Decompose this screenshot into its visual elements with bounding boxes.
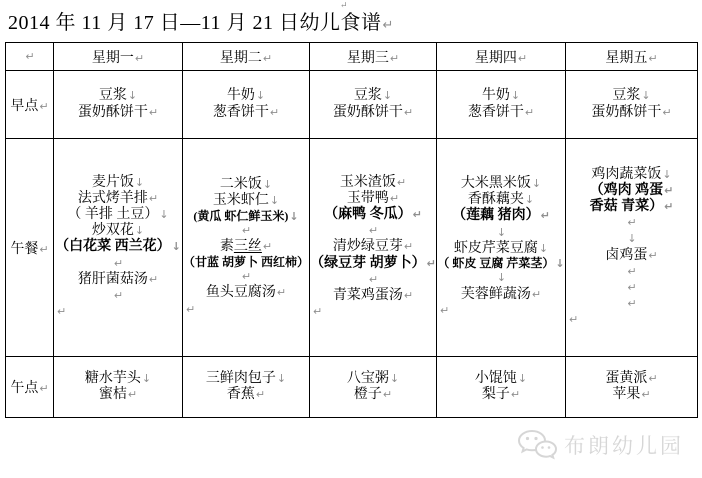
dish-line: 牛奶↓ [183, 88, 309, 104]
dish-line: 香菇 青菜）↵ [566, 199, 697, 215]
paragraph-mark: ↵ [39, 100, 48, 113]
dish-line: 糖水芋头↓ [54, 371, 182, 387]
dish-line: 蜜桔↵ [54, 387, 182, 403]
paragraph-mark: ↓ [128, 89, 137, 102]
paragraph-mark: ↓ [662, 168, 671, 181]
empty-line: ↵ [310, 272, 436, 288]
paragraph-mark: ↵ [525, 106, 534, 119]
cell-lunch-thu: 大米黑米饭↓香酥藕夹↓（莲藕 猪肉）↵↓虾皮芹菜豆腐↓（ 虾皮 豆腐 芹菜茎）↓… [437, 139, 566, 357]
paragraph-mark: ↵ [404, 289, 413, 302]
dish-line: 玉米渣饭↵ [310, 175, 436, 191]
empty-line: ↵ [437, 303, 565, 319]
cell-lines: 豆浆↓蛋奶酥饼干↵ [566, 88, 697, 120]
dish-line: 小馄饨↓ [437, 371, 565, 387]
paragraph-mark: ↵ [662, 106, 671, 119]
paragraph-mark: ↵ [39, 382, 48, 395]
paragraph-mark: ↓ [383, 89, 392, 102]
cell-lines: 玉米渣饭↵玉带鸭↵（麻鸭 冬瓜）↵↵清炒绿豆芽↵（绿豆芽 胡萝卜）↵↵青菜鸡蛋汤… [310, 175, 436, 320]
empty-line: ↵ [566, 280, 697, 296]
paragraph-mark: ↓ [555, 257, 564, 270]
dish-text: （绿豆芽 胡萝卜） [310, 256, 426, 271]
paragraph-mark: ↵ [569, 313, 578, 326]
paragraph-mark: ↵ [390, 192, 399, 205]
header-cell-mon: 星期一↵ [54, 43, 183, 71]
paragraph-mark: ↓ [390, 372, 399, 385]
dish-line: 卤鸡蛋↵ [566, 248, 697, 264]
dish-line: （ 虾皮 豆腐 芹菜茎）↓ [437, 257, 565, 271]
paragraph-mark: ↵ [277, 286, 286, 299]
header-cell-thu: 星期四↵ [437, 43, 566, 71]
dish-line: 玉米虾仁↓ [183, 193, 309, 209]
dish-text: 小馄饨 [475, 371, 517, 386]
cell-lines: 大米黑米饭↓香酥藕夹↓（莲藕 猪肉）↵↓虾皮芹菜豆腐↓（ 虾皮 豆腐 芹菜茎）↓… [437, 176, 565, 319]
paragraph-mark: ↓ [172, 240, 181, 253]
dish-text: 橙子 [354, 387, 382, 402]
dish-line: 三鲜肉包子↓ [183, 371, 309, 387]
dish-line: （鸡肉 鸡蛋↵ [566, 183, 697, 199]
dish-line: 牛奶↓ [437, 88, 565, 104]
cell-lines: 三鲜肉包子↓香蕉↵ [183, 371, 309, 403]
cell-lunch-tue: 二米饭↓玉米虾仁↓(黄瓜 虾仁鲜玉米)↓↵素三丝↵（甘蓝 胡萝卜 西红柿）↵鱼头… [183, 139, 310, 357]
paragraph-mark: ↓ [539, 242, 548, 255]
empty-line: ↵ [566, 312, 697, 328]
row-label-lunch: 午餐↵ [6, 139, 54, 357]
cell-lines: 小馄饨↓梨子↵ [437, 371, 565, 403]
empty-line: ↵ [566, 264, 697, 280]
cell-lines: 糖水芋头↓蜜桔↵ [54, 371, 182, 403]
paragraph-mark: ↓ [511, 89, 520, 102]
dish-line: 大米黑米饭↓ [437, 176, 565, 192]
dish-text: 麦片饭 [92, 175, 134, 190]
page-title-text: 2014 年 11 月 17 日—11 月 21 日幼儿食谱 [8, 12, 382, 34]
paragraph-mark: ↵ [186, 303, 195, 316]
dish-text: 玉米渣饭 [340, 175, 396, 190]
empty-line: ↓ [437, 270, 565, 286]
paragraph-mark: ↵ [427, 257, 436, 270]
cell-snack-tue: 三鲜肉包子↓香蕉↵ [183, 357, 310, 418]
paragraph-mark: ↵ [242, 270, 251, 283]
dish-text: 八宝粥 [347, 371, 389, 386]
cell-lines: 二米饭↓玉米虾仁↓(黄瓜 虾仁鲜玉米)↓↵素三丝↵（甘蓝 胡萝卜 西红柿）↵鱼头… [183, 177, 309, 317]
paragraph-mark: ↓ [135, 224, 144, 237]
dish-line: 八宝粥↓ [310, 371, 436, 387]
dish-text: 二米饭 [220, 177, 262, 192]
empty-line: ↓ [437, 225, 565, 241]
dish-line: 葱香饼干↵ [437, 105, 565, 121]
paragraph-mark: ↵ [242, 224, 251, 237]
dish-text: 蛋黄派 [605, 371, 647, 386]
paragraph-mark: ↵ [664, 184, 673, 197]
dish-text: 蛋奶酥饼干 [78, 105, 148, 120]
empty-line: ↵ [183, 223, 309, 239]
dish-text: 牛奶 [482, 88, 510, 103]
dish-text: （甘蓝 胡萝卜 西红柿） [183, 255, 309, 269]
paragraph-mark: ↵ [532, 288, 541, 301]
paragraph-mark: ↵ [256, 388, 265, 401]
dish-line: 蛋奶酥饼干↵ [54, 105, 182, 121]
dish-line: （甘蓝 胡萝卜 西红柿） [183, 256, 309, 270]
dish-text: 蛋奶酥饼干 [333, 105, 403, 120]
dish-text: （ 羊排 土豆） [67, 207, 158, 222]
cell-breakfast-fri: 豆浆↓蛋奶酥饼干↵ [566, 71, 698, 139]
dish-line: 蛋奶酥饼干↵ [310, 105, 436, 121]
dish-line: (黄瓜 虾仁鲜玉米)↓ [183, 210, 309, 224]
cell-snack-mon: 糖水芋头↓蜜桔↵ [54, 357, 183, 418]
dish-line: （绿豆芽 胡萝卜）↵ [310, 256, 436, 272]
dish-text: 鸡肉蔬菜饭 [591, 167, 661, 182]
watermark: 布朗幼儿园 [516, 429, 684, 461]
paragraph-mark: ↵ [627, 281, 636, 294]
dish-line: （莲藕 猪肉）↵ [437, 208, 565, 224]
paragraph-mark: ↵ [128, 388, 137, 401]
dish-text: (黄瓜 虾仁鲜玉米) [193, 209, 288, 223]
paragraph-mark: ↵ [664, 200, 673, 213]
empty-line: ↵ [310, 223, 436, 239]
dish-text: （白花菜 西兰花） [55, 239, 171, 254]
paragraph-mark: ↓ [497, 271, 506, 284]
dish-text: 葱香饼干 [468, 105, 524, 120]
menu-table: ↵星期一↵星期二↵星期三↵星期四↵星期五↵ 早点↵豆浆↓蛋奶酥饼干↵牛奶↓葱香饼… [5, 42, 698, 418]
cell-lines: 蛋黄派↵苹果↵ [566, 371, 697, 403]
dish-text: 素 [220, 239, 234, 254]
paragraph-mark: ↵ [648, 372, 657, 385]
dish-line: 蛋黄派↵ [566, 371, 697, 387]
empty-line: ↵ [183, 302, 309, 318]
day-label: 星期二 [220, 51, 262, 66]
paragraph-mark: ↓ [627, 232, 636, 245]
paragraph-mark: ↓ [497, 226, 506, 239]
paragraph-mark: ↓ [135, 176, 144, 189]
dish-text: （鸡肉 鸡蛋 [590, 183, 664, 198]
dish-text: 法式烤羊排 [78, 191, 148, 206]
wechat-icon [516, 429, 558, 461]
row-label-text: 午餐 [10, 242, 38, 257]
paragraph-mark: ↵ [627, 265, 636, 278]
dish-text: 炒双花 [92, 223, 134, 238]
paragraph-mark: ↵ [397, 176, 406, 189]
corner-cell: ↵ [6, 43, 54, 71]
dish-text: 豆浆 [354, 88, 382, 103]
dish-text: 香蕉 [227, 387, 255, 402]
paragraph-mark: ↵ [57, 305, 66, 318]
row-breakfast: 早点↵豆浆↓蛋奶酥饼干↵牛奶↓葱香饼干↵豆浆↓蛋奶酥饼干↵牛奶↓葱香饼干↵豆浆↓… [6, 71, 698, 139]
dish-text: 青菜鸡蛋汤 [333, 288, 403, 303]
paragraph-mark: ↵ [390, 52, 399, 65]
paragraph-mark: ↵ [383, 388, 392, 401]
header-row: ↵星期一↵星期二↵星期三↵星期四↵星期五↵ [6, 43, 698, 71]
dish-line: 豆浆↓ [566, 88, 697, 104]
paragraph-mark: ↵ [135, 52, 144, 65]
paragraph-mark: ↓ [518, 372, 527, 385]
cell-lines: 八宝粥↓橙子↵ [310, 371, 436, 403]
page-title: 2014 年 11 月 17 日—11 月 21 日幼儿食谱↵ [8, 6, 394, 35]
dish-line: 苹果↵ [566, 387, 697, 403]
empty-line: ↵ [54, 256, 182, 272]
dish-line: 豆浆↓ [310, 88, 436, 104]
dish-text: 玉米虾仁 [213, 193, 269, 208]
dish-text: （莲藕 猪肉） [452, 208, 540, 223]
empty-line: ↵ [310, 304, 436, 320]
day-label: 星期一 [92, 51, 134, 66]
dish-text: 芙蓉鲜蔬汤 [461, 287, 531, 302]
dish-text: 三丝 [234, 239, 262, 254]
dish-line: 炒双花↓ [54, 223, 182, 239]
row-label-breakfast: 早点↵ [6, 71, 54, 139]
paragraph-mark: ↓ [263, 178, 272, 191]
paragraph-mark: ↓ [270, 194, 279, 207]
empty-line: ↵ [54, 304, 182, 320]
paragraph-mark: ↵ [149, 192, 158, 205]
paragraph-mark: ↵ [114, 289, 123, 302]
dish-text: 卤鸡蛋 [605, 248, 647, 263]
dish-text: 大米黑米饭 [461, 176, 531, 191]
cell-breakfast-thu: 牛奶↓葱香饼干↵ [437, 71, 566, 139]
paragraph-mark: ↵ [440, 304, 449, 317]
paragraph-mark: ↓ [532, 177, 541, 190]
dish-line: 蛋奶酥饼干↵ [566, 105, 697, 121]
dish-text: 豆浆 [612, 88, 640, 103]
row-label-text: 午点 [10, 381, 38, 396]
paragraph-mark: ↵ [263, 240, 272, 253]
dish-text: 清炒绿豆芽 [333, 239, 403, 254]
dish-text: 鱼头豆腐汤 [206, 285, 276, 300]
day-label: 星期三 [347, 51, 389, 66]
dish-line: 葱香饼干↵ [183, 105, 309, 121]
cell-lines: 麦片饭↓法式烤羊排↵（ 羊排 土豆）↓炒双花↓（白花菜 西兰花）↓↵猪肝菌菇汤↵… [54, 175, 182, 320]
dish-text: 玉带鸭 [347, 191, 389, 206]
cell-breakfast-mon: 豆浆↓蛋奶酥饼干↵ [54, 71, 183, 139]
dish-line: 二米饭↓ [183, 177, 309, 193]
paragraph-mark: ↵ [25, 50, 34, 63]
header-cell-tue: 星期二↵ [183, 43, 310, 71]
dish-text: 蜜桔 [99, 387, 127, 402]
paragraph-mark: ↵ [511, 388, 520, 401]
dish-text: 猪肝菌菇汤 [78, 272, 148, 287]
dish-text: 糖水芋头 [85, 371, 141, 386]
row-label-text: 早点 [10, 99, 38, 114]
dish-line: 香酥藕夹↓ [437, 192, 565, 208]
dish-text: 香菇 青菜） [590, 199, 664, 214]
empty-line: ↵ [54, 288, 182, 304]
dish-text: 苹果 [612, 387, 640, 402]
dish-line: 清炒绿豆芽↵ [310, 239, 436, 255]
cell-lunch-wed: 玉米渣饭↵玉带鸭↵（麻鸭 冬瓜）↵↵清炒绿豆芽↵（绿豆芽 胡萝卜）↵↵青菜鸡蛋汤… [310, 139, 437, 357]
dish-line: 豆浆↓ [54, 88, 182, 104]
dish-line: 芙蓉鲜蔬汤↵ [437, 287, 565, 303]
empty-line: ↵ [566, 296, 697, 312]
row-label-snack: 午点↵ [6, 357, 54, 418]
paragraph-mark: ↓ [277, 372, 286, 385]
paragraph-mark: ↓ [289, 210, 298, 223]
cell-snack-wed: 八宝粥↓橙子↵ [310, 357, 437, 418]
paragraph-mark: ↵ [518, 52, 527, 65]
paragraph-mark: ↵ [648, 52, 657, 65]
paragraph-mark: ↓ [142, 372, 151, 385]
dish-line: 青菜鸡蛋汤↵ [310, 288, 436, 304]
cell-breakfast-wed: 豆浆↓蛋奶酥饼干↵ [310, 71, 437, 139]
dish-line: （麻鸭 冬瓜）↵ [310, 207, 436, 223]
dish-line: 法式烤羊排↵ [54, 191, 182, 207]
dish-text: 三鲜肉包子 [206, 371, 276, 386]
cell-lines: 牛奶↓葱香饼干↵ [183, 88, 309, 120]
dish-line: （白花菜 西兰花）↓ [54, 239, 182, 255]
empty-line: ↵ [183, 269, 309, 285]
paragraph-mark: ↵ [383, 18, 394, 33]
paragraph-mark: ↵ [648, 249, 657, 262]
paragraph-mark: ↵ [641, 388, 650, 401]
dish-text: 梨子 [482, 387, 510, 402]
header-cell-fri: 星期五↵ [566, 43, 698, 71]
cell-snack-thu: 小馄饨↓梨子↵ [437, 357, 566, 418]
paragraph-mark: ↓ [525, 193, 534, 206]
cell-snack-fri: 蛋黄派↵苹果↵ [566, 357, 698, 418]
paragraph-mark: ↵ [541, 209, 550, 222]
paragraph-mark: ↓ [159, 208, 168, 221]
dish-line: 猪肝菌菇汤↵ [54, 272, 182, 288]
paragraph-mark: ↵ [404, 106, 413, 119]
paragraph-mark: ↵ [39, 243, 48, 256]
paragraph-mark: ↵ [627, 297, 636, 310]
paragraph-mark: ↵ [313, 305, 322, 318]
dish-line: 鸡肉蔬菜饭↓ [566, 167, 697, 183]
dish-text: （麻鸭 冬瓜） [324, 207, 412, 222]
dish-line: 梨子↵ [437, 387, 565, 403]
dish-text: 牛奶 [227, 88, 255, 103]
dish-text: （ 虾皮 豆腐 芹菜茎） [437, 256, 554, 270]
dish-line: 橙子↵ [310, 387, 436, 403]
paragraph-mark: ↓ [641, 89, 650, 102]
paragraph-mark: ↵ [114, 257, 123, 270]
watermark-text: 布朗幼儿园 [564, 430, 684, 460]
dish-line: 麦片饭↓ [54, 175, 182, 191]
paragraph-mark: ↵ [369, 273, 378, 286]
dish-line: 鱼头豆腐汤↵ [183, 285, 309, 301]
paragraph-mark: ↵ [340, 0, 348, 11]
empty-line: ↓ [566, 231, 697, 247]
cell-lines: 牛奶↓葱香饼干↵ [437, 88, 565, 120]
paragraph-mark: ↵ [270, 106, 279, 119]
dish-text: 葱香饼干 [213, 105, 269, 120]
dish-line: （ 羊排 土豆）↓ [54, 207, 182, 223]
cell-lunch-mon: 麦片饭↓法式烤羊排↵（ 羊排 土豆）↓炒双花↓（白花菜 西兰花）↓↵猪肝菌菇汤↵… [54, 139, 183, 357]
cell-lunch-fri: 鸡肉蔬菜饭↓（鸡肉 鸡蛋↵香菇 青菜）↵↵↓卤鸡蛋↵↵↵↵↵ [566, 139, 698, 357]
dish-line: 素三丝↵ [183, 239, 309, 255]
paragraph-mark: ↵ [413, 208, 422, 221]
paragraph-mark: ↵ [404, 240, 413, 253]
paragraph-mark: ↵ [149, 106, 158, 119]
dish-text: 蛋奶酥饼干 [591, 105, 661, 120]
paragraph-mark: ↵ [149, 273, 158, 286]
header-cell-wed: 星期三↵ [310, 43, 437, 71]
dish-text: 虾皮芹菜豆腐 [454, 241, 538, 256]
dish-line: 虾皮芹菜豆腐↓ [437, 241, 565, 257]
day-label: 星期四 [475, 51, 517, 66]
dish-line: 香蕉↵ [183, 387, 309, 403]
day-label: 星期五 [605, 51, 647, 66]
empty-line: ↵ [566, 215, 697, 231]
row-snack: 午点↵糖水芋头↓蜜桔↵三鲜肉包子↓香蕉↵八宝粥↓橙子↵小馄饨↓梨子↵蛋黄派↵苹果… [6, 357, 698, 418]
cell-lines: 豆浆↓蛋奶酥饼干↵ [310, 88, 436, 120]
menu-table-header: ↵星期一↵星期二↵星期三↵星期四↵星期五↵ [6, 43, 698, 71]
dish-line: 玉带鸭↵ [310, 191, 436, 207]
cell-breakfast-tue: 牛奶↓葱香饼干↵ [183, 71, 310, 139]
paragraph-mark: ↓ [256, 89, 265, 102]
dish-text: 豆浆 [99, 88, 127, 103]
cell-lines: 豆浆↓蛋奶酥饼干↵ [54, 88, 182, 120]
menu-table-body: 早点↵豆浆↓蛋奶酥饼干↵牛奶↓葱香饼干↵豆浆↓蛋奶酥饼干↵牛奶↓葱香饼干↵豆浆↓… [6, 71, 698, 418]
paragraph-mark: ↵ [369, 224, 378, 237]
paragraph-mark: ↵ [263, 52, 272, 65]
paragraph-mark: ↵ [627, 216, 636, 229]
dish-text: 香酥藕夹 [468, 192, 524, 207]
cell-lines: 鸡肉蔬菜饭↓（鸡肉 鸡蛋↵香菇 青菜）↵↵↓卤鸡蛋↵↵↵↵↵ [566, 167, 697, 328]
row-lunch: 午餐↵麦片饭↓法式烤羊排↵（ 羊排 土豆）↓炒双花↓（白花菜 西兰花）↓↵猪肝菌… [6, 139, 698, 357]
